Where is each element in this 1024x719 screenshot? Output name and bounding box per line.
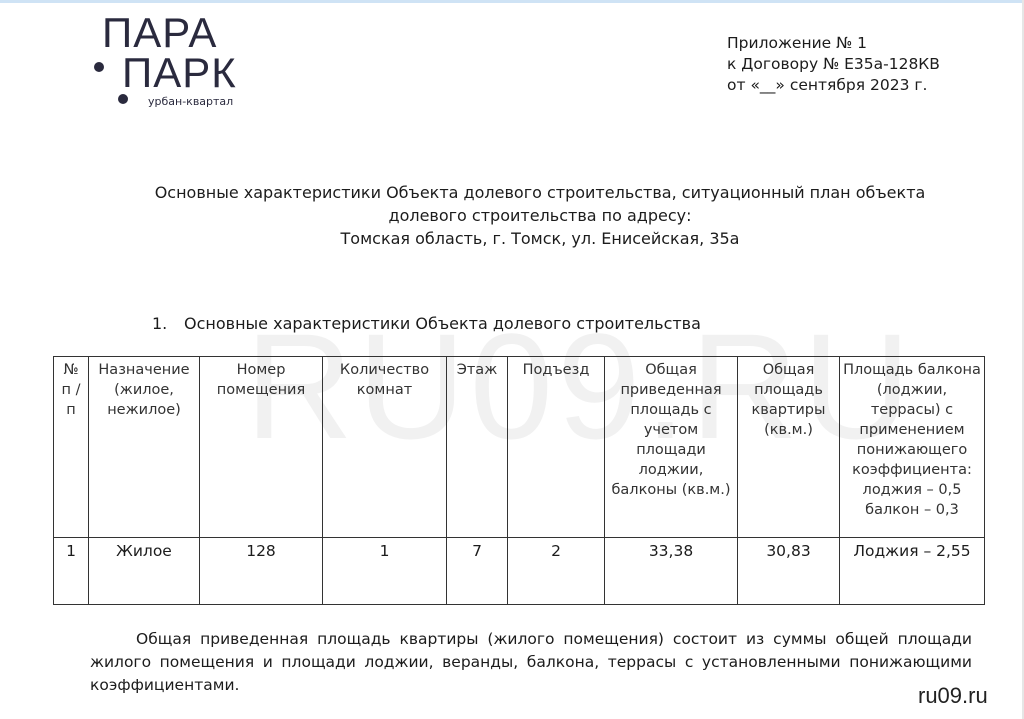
header-cell-floor: Этаж	[447, 357, 508, 538]
cell-purpose: Жилое	[89, 538, 200, 605]
cell-floor: 7	[447, 538, 508, 605]
title-line-3: Томская область, г. Томск, ул. Енисейска…	[100, 227, 980, 250]
cell-entrance: 2	[508, 538, 605, 605]
logo-line-2: ПАРК	[122, 52, 237, 94]
cell-premise-number: 128	[200, 538, 323, 605]
logo: ПАРА ПАРК урбан-квартал	[92, 10, 262, 110]
logo-dot-icon	[94, 62, 104, 72]
header-cell-total-area: Общая площадь квартиры (кв.м.)	[738, 357, 840, 538]
cell-rooms: 1	[323, 538, 447, 605]
document-title: Основные характеристики Объекта долевого…	[100, 181, 980, 250]
section-heading: 1.Основные характеристики Объекта долево…	[152, 314, 701, 333]
appendix-header: Приложение № 1 к Договору № Е35а-128КВ о…	[727, 33, 940, 96]
area-note: Общая приведенная площадь квартиры (жило…	[90, 628, 972, 697]
section-number: 1.	[152, 314, 184, 333]
header-cell-balcony-area: Площадь балкона (лоджии, террасы) с прим…	[840, 357, 985, 538]
header-cell-purpose: Назначение (жилое, нежилое)	[89, 357, 200, 538]
table-row: 1 Жилое 128 1 7 2 33,38 30,83 Лоджия – 2…	[54, 538, 985, 605]
logo-line-1: ПАРА	[102, 12, 217, 54]
title-line-1: Основные характеристики Объекта долевого…	[100, 181, 980, 204]
appendix-line-3: от «__» сентября 2023 г.	[727, 75, 940, 96]
cell-number: 1	[54, 538, 89, 605]
header-cell-rooms: Количество комнат	[323, 357, 447, 538]
header-cell-premise-number: Номер помещения	[200, 357, 323, 538]
appendix-line-2: к Договору № Е35а-128КВ	[727, 54, 940, 75]
appendix-line-1: Приложение № 1	[727, 33, 940, 54]
cell-total-area: 30,83	[738, 538, 840, 605]
header-cell-entrance: Подъезд	[508, 357, 605, 538]
section-title: Основные характеристики Объекта долевого…	[184, 314, 701, 333]
characteristics-table: № п / п Назначение (жилое, нежилое) Номе…	[53, 356, 985, 605]
table-header-row: № п / п Назначение (жилое, нежилое) Номе…	[54, 357, 985, 538]
cell-balcony-area: Лоджия – 2,55	[840, 538, 985, 605]
top-border	[0, 0, 1024, 3]
cell-total-reduced-area: 33,38	[605, 538, 738, 605]
header-cell-number: № п / п	[54, 357, 89, 538]
logo-subtitle: урбан-квартал	[148, 95, 233, 108]
header-cell-total-reduced-area: Общая приведенная площадь с учетом площа…	[605, 357, 738, 538]
title-line-2: долевого строительства по адресу:	[100, 204, 980, 227]
site-watermark-label: ru09.ru	[918, 683, 988, 709]
